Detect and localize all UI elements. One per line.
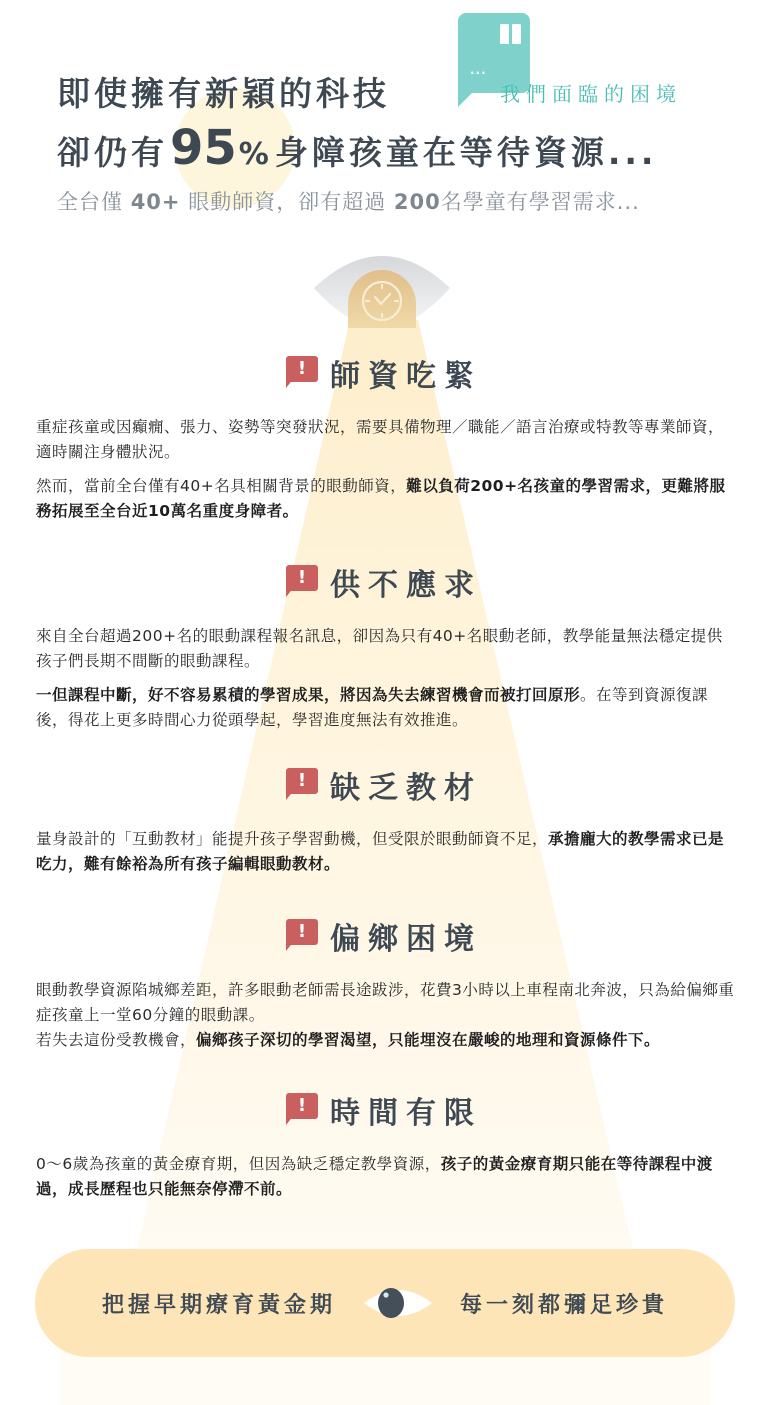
subtitle-text: 眼動師資，卻有超過 bbox=[181, 190, 394, 214]
headline-percent-sign: % bbox=[239, 137, 269, 172]
subtitle: 全台僅 40+ 眼動師資，卻有超過 200名學童有學習需求... bbox=[57, 186, 640, 216]
lamp-clock-icon bbox=[314, 244, 450, 334]
slogan-right: 每一刻都彌足珍貴 bbox=[460, 1288, 668, 1319]
alert-icon: ! bbox=[286, 768, 318, 802]
paragraph: 重症孩童或因癲癇、張力、姿勢等突發狀況，需要具備物理／職能／語言治療或特教等專業… bbox=[36, 415, 736, 465]
subtitle-text: 名學童有學習需求... bbox=[441, 190, 640, 214]
paragraph-text: 若失去這份受教機會， bbox=[36, 1031, 196, 1049]
section-lack-materials: ! 缺乏教材 量身設計的「互動教材」能提升孩子學習動機，但受限於眼動師資不足，承… bbox=[36, 765, 736, 877]
section-heading: ! 偏鄉困境 bbox=[32, 916, 736, 956]
ellipsis: ... bbox=[470, 63, 487, 77]
alert-icon: ! bbox=[286, 565, 318, 599]
section-heading: ! 缺乏教材 bbox=[32, 765, 736, 805]
headline-prefix: 卻仍有 bbox=[57, 127, 168, 174]
book-icon bbox=[500, 24, 522, 44]
section-body: 0～6歲為孩童的黃金療育期，但因為缺乏穩定教學資源，孩子的黃金療育期只能在等待課… bbox=[36, 1152, 736, 1202]
section-heading: ! 時間有限 bbox=[32, 1090, 736, 1130]
paragraph: 然而，當前全台僅有40+名具相關背景的眼動師資，難以負荷200+名孩童的學習需求… bbox=[36, 474, 736, 524]
section-title: 缺乏教材 bbox=[330, 763, 482, 807]
alert-icon: ! bbox=[286, 919, 318, 953]
section-heading: ! 師資吃緊 bbox=[32, 353, 736, 393]
paragraph-text: 然而，當前全台僅有40+名具相關背景的眼動師資， bbox=[36, 477, 406, 495]
paragraph-text: 來自全台超過200+名的眼動課程報名訊息，卻因為只有40+名眼動老師，教學能量無… bbox=[36, 627, 723, 670]
paragraph-emphasis: 一但課程中斷，好不容易累積的學習成果，將因為失去練習機會而被打回原形 bbox=[36, 686, 580, 704]
alert-icon: ! bbox=[286, 1093, 318, 1127]
slogan-left: 把握早期療育黃金期 bbox=[102, 1288, 336, 1319]
section-heading: ! 供不應求 bbox=[32, 562, 736, 602]
section-body: 量身設計的「互動教材」能提升孩子學習動機，但受限於眼動師資不足，承擔龐大的教學需… bbox=[36, 827, 736, 877]
headline-line-1: 即使擁有新穎的科技 bbox=[57, 68, 390, 115]
paragraph: 來自全台超過200+名的眼動課程報名訊息，卻因為只有40+名眼動老師，教學能量無… bbox=[36, 624, 736, 674]
paragraph: 一但課程中斷，好不容易累積的學習成果，將因為失去練習機會而被打回原形。在等到資源… bbox=[36, 683, 736, 733]
section-supply-demand: ! 供不應求 來自全台超過200+名的眼動課程報名訊息，卻因為只有40+名眼動老… bbox=[36, 562, 736, 733]
section-limited-time: ! 時間有限 0～6歲為孩童的黃金療育期，但因為缺乏穩定教學資源，孩子的黃金療育… bbox=[36, 1090, 736, 1202]
subtitle-student-count: 200 bbox=[394, 190, 441, 214]
section-tag-label: 我們面臨的困境 bbox=[500, 78, 682, 107]
paragraph: 若失去這份受教機會，偏鄉孩子深切的學習渴望，只能埋沒在嚴峻的地理和資源條件下。 bbox=[36, 1028, 736, 1053]
paragraph-text: 眼動教學資源陷城鄉差距，許多眼動老師需長途跋涉，花費3小時以上車程南北奔波，只為… bbox=[36, 981, 734, 1024]
section-body: 重症孩童或因癲癇、張力、姿勢等突發狀況，需要具備物理／職能／語言治療或特教等專業… bbox=[36, 415, 736, 524]
headline-suffix: 身障孩童在等待資源... bbox=[275, 127, 658, 174]
paragraph: 量身設計的「互動教材」能提升孩子學習動機，但受限於眼動師資不足，承擔龐大的教學需… bbox=[36, 827, 736, 877]
alert-icon: ! bbox=[286, 356, 318, 390]
subtitle-text: 全台僅 bbox=[57, 190, 131, 214]
eye-icon bbox=[362, 1285, 434, 1321]
subtitle-teacher-count: 40+ bbox=[131, 190, 181, 214]
section-rural-difficulty: ! 偏鄉困境 眼動教學資源陷城鄉差距，許多眼動老師需長途跋涉，花費3小時以上車程… bbox=[36, 916, 736, 1053]
paragraph-text: 重症孩童或因癲癇、張力、姿勢等突發狀況，需要具備物理／職能／語言治療或特教等專業… bbox=[36, 418, 724, 461]
section-title: 供不應求 bbox=[330, 560, 482, 604]
paragraph-text: 0～6歲為孩童的黃金療育期，但因為缺乏穩定教學資源， bbox=[36, 1155, 441, 1173]
headline-line-2: 卻仍有 95 % 身障孩童在等待資源... bbox=[57, 120, 657, 176]
section-teacher-shortage: ! 師資吃緊 重症孩童或因癲癇、張力、姿勢等突發狀況，需要具備物理／職能／語言治… bbox=[36, 353, 736, 524]
section-title: 時間有限 bbox=[330, 1088, 482, 1132]
headline-percent-number: 95 bbox=[170, 120, 237, 176]
paragraph-text: 量身設計的「互動教材」能提升孩子學習動機，但受限於眼動師資不足， bbox=[36, 830, 548, 848]
section-body: 來自全台超過200+名的眼動課程報名訊息，卻因為只有40+名眼動老師，教學能量無… bbox=[36, 624, 736, 733]
slogan-banner: 把握早期療育黃金期 每一刻都彌足珍貴 bbox=[35, 1249, 735, 1357]
paragraph-emphasis: 偏鄉孩子深切的學習渴望，只能埋沒在嚴峻的地理和資源條件下。 bbox=[196, 1031, 660, 1049]
section-title: 偏鄉困境 bbox=[330, 914, 482, 958]
section-title: 師資吃緊 bbox=[330, 351, 482, 395]
paragraph: 眼動教學資源陷城鄉差距，許多眼動老師需長途跋涉，花費3小時以上車程南北奔波，只為… bbox=[36, 978, 736, 1028]
paragraph: 0～6歲為孩童的黃金療育期，但因為缺乏穩定教學資源，孩子的黃金療育期只能在等待課… bbox=[36, 1152, 736, 1202]
section-body: 眼動教學資源陷城鄉差距，許多眼動老師需長途跋涉，花費3小時以上車程南北奔波，只為… bbox=[36, 978, 736, 1053]
